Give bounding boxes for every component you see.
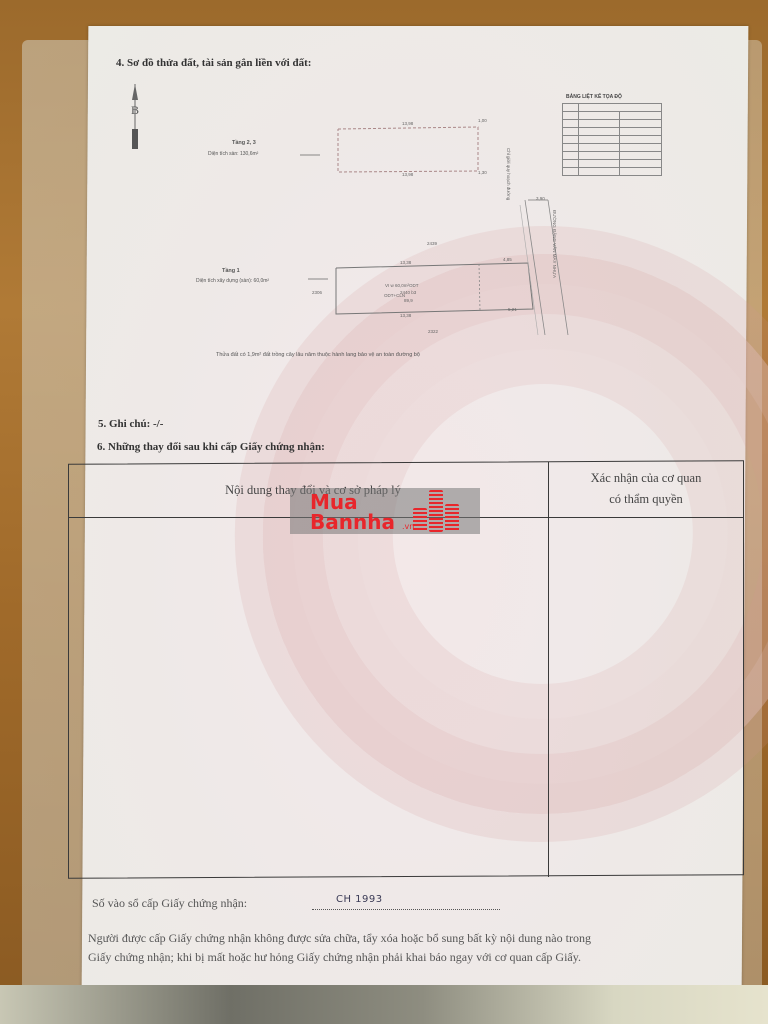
section-6-title: 6. Những thay đổi sau khi cấp Giấy chứng… <box>97 441 325 453</box>
muabannha-watermark: Mua Bannha .vn <box>290 488 480 534</box>
floor-1-right-bottom: 5,21 <box>508 307 517 312</box>
warning-line-2: Giấy chứng nhận; khi bị mất hoặc hư hỏng… <box>88 950 581 965</box>
parcel-info-4: 89,9 <box>404 298 413 303</box>
registry-number: CH 1993 <box>336 894 383 905</box>
neighbor-parcel-bottom: 2322 <box>428 329 438 334</box>
floor-1-area: Diện tích xây dựng (sàn): 60,0m² <box>196 278 269 284</box>
floor-2-3-corner-top: 1,00 <box>478 118 487 123</box>
road-name-label: ĐƯỜNG ĐẶNG VĂN MÂY NHỰA <box>552 210 557 278</box>
watermark-line2: Bannha <box>310 510 395 534</box>
building-logo-icon <box>413 490 461 532</box>
parcel-info-3: ODT+CLN <box>384 293 405 298</box>
section-5-notes: 5. Ghi chú: -/- <box>98 418 163 430</box>
neighbor-parcel-top: 2439 <box>427 241 437 246</box>
column-header-confirmation-line2: có thẩm quyền <box>548 492 744 507</box>
registry-dotted-line <box>312 909 500 910</box>
floor-2-3-corner-bottom: 1,30 <box>478 170 487 175</box>
neighbor-parcel-left: 2306 <box>312 290 322 295</box>
floor-1-label: Tầng 1 <box>222 268 240 274</box>
floor-1-top-edge: 13,38 <box>400 260 411 265</box>
floor-1-right-top: 4,85 <box>503 257 512 262</box>
parcel-note: Thửa đất có 1,9m² đất trồng cây lâu năm … <box>216 352 420 358</box>
column-header-confirmation-line1: Xác nhận của cơ quan <box>548 471 744 486</box>
floor-2-3-top-edge: 13,98 <box>402 121 413 126</box>
parcel-info-1: VI w 60,0m²ODT <box>385 283 419 288</box>
floor-2-3-label: Tầng 2, 3 <box>232 140 256 146</box>
road-width: 3,90 <box>536 196 545 201</box>
registry-label: Số vào sổ cấp Giấy chứng nhận: <box>92 896 247 911</box>
parcel-diagram <box>0 0 768 400</box>
sleeve-edge <box>0 985 768 1024</box>
floor-2-3-bottom-edge: 13,98 <box>402 172 413 177</box>
warning-line-1: Người được cấp Giấy chứng nhận không đượ… <box>88 931 591 946</box>
floor-2-3-area: Diện tích sàn: 130,6m² <box>208 151 258 157</box>
road-boundary-label: Chỉ giới quy hoạch đường <box>506 148 511 200</box>
floor-1-bottom-edge: 13,38 <box>400 313 411 318</box>
